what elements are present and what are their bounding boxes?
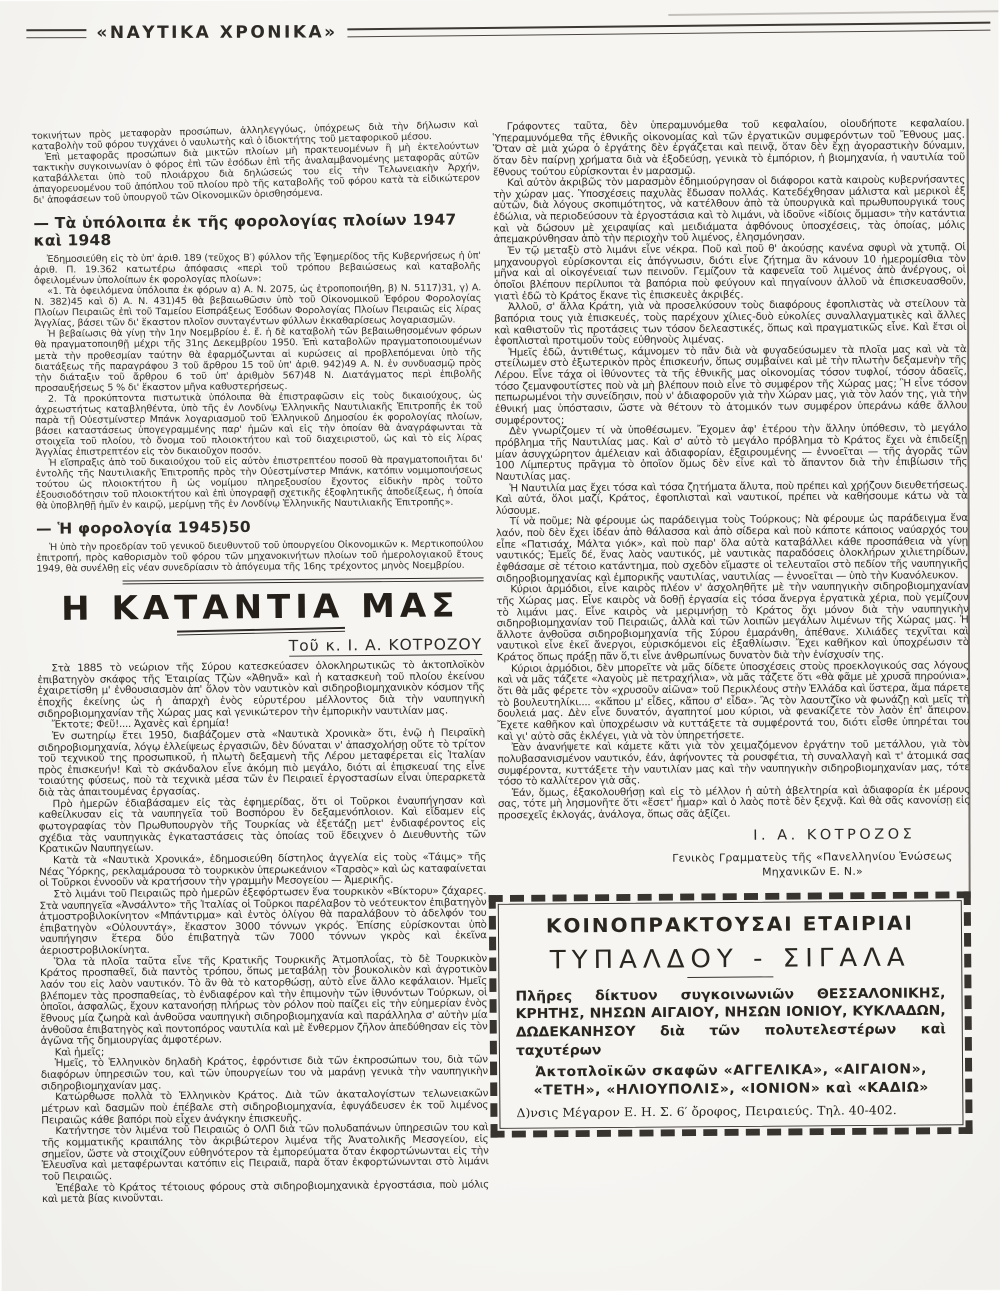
right-column: Γράφοντες ταῦτα, δὲν ὑπεραμυνόμεθα τοῦ κ… [493, 118, 973, 1137]
paragraph: Ἐν σωτηρίῳ ἔτει 1950, διαβάζομεν στὰ «Να… [38, 728, 486, 800]
advert-address: Δ)νσις Μέγαρον Ε. Η. Σ. 6′ ὄροφος, Πειρα… [516, 1102, 946, 1120]
paragraph: Ἐάν, ὅμως, ἐξακολουθήσῃ καὶ εἰς τὸ μέλλο… [498, 784, 970, 822]
advert-ships-line-1: Ἀκτοπλοϊκῶν σκαφῶν «ΑΓΓΕΛΙΚΑ», «ΑΙΓΑΙΟΝ»… [516, 1061, 946, 1080]
article-signature: Ι. Α. ΚΟΤΡΟΖΟΣ Γενικὸς Γραμματεὺς τῆς «Π… [498, 826, 970, 882]
section-heading-tax-1947-1948: — Τὰ ὑπόλοιπα ἐκ τῆς φορολογίας πλοίων 1… [33, 211, 480, 250]
paragraph: Ἐδημοσιεύθη εἰς τὸ ὑπ' ἀριθ. 189 (τεῦχος… [34, 251, 481, 287]
section-heading-tax-1945-50: — Ἡ φορολογία 1945)50 [36, 516, 483, 537]
paragraph: Καὶ αὐτὸν ἀκριβῶς τὸν μαρασμὸν ἐδημιούργ… [493, 175, 966, 246]
paragraph: Δὲν γνωρίζομεν τί νὰ ὑποθέσωμεν. Ἔχομεν … [495, 423, 967, 483]
intro-continuation-block: τοκινήτων πρὸς μεταφορὰν προσώπων, ἀλληλ… [31, 119, 480, 206]
paragraph: Ἐὰν ἀνανήψετε καὶ κάμετε κἄτι γιὰ τὸν χε… [498, 739, 970, 788]
left-column: τοκινήτων πρὸς μεταφορὰν προσώπων, ἀλληλ… [33, 127, 489, 1205]
paragraph: Στὰ 1885 τὸ νεώριον τῆς Σύρου κατεσκεύασ… [37, 660, 484, 720]
article-body-left: Στὰ 1885 τὸ νεώριον τῆς Σύρου κατεσκεύασ… [37, 660, 489, 1206]
signature-title: Γενικὸς Γραμματεὺς τῆς «Πανελληνίου Ἑνώσ… [662, 848, 962, 880]
divider-rule [123, 577, 484, 584]
paragraph: Ἡ εἴσπραξις ἀπὸ τοῦ δικαιούχου τοῦ εἰς α… [36, 454, 483, 511]
masthead-rule-right [348, 21, 991, 37]
paragraph: Τί νὰ ποῦμε; Νὰ φέρουμε ὡς παράδειγμα το… [496, 513, 969, 584]
paragraph: Ἡ ὑπὸ τὴν προεδρίαν τοῦ γενικοῦ διευθυντ… [36, 539, 483, 575]
paragraph: Κατήντησε τὸν λιμένα τοῦ Πειραιῶς ὁ ΟΛΠ … [41, 1123, 488, 1183]
paragraph: Ἀλλοῦ, σ' ἄλλα Κράτη, γιὰ νὰ προσελκύσου… [494, 299, 966, 348]
paragraph: Κατὰ τὰ «Ναυτικὰ Χρονικά», ἐδημοσιεύθη δ… [39, 852, 486, 890]
paragraph: Κατώρθωσε πολλὰ τὸ Ἑλληνικὸν Κράτος. Διὰ… [41, 1089, 488, 1127]
advert-network-text: Πλῆρες δίκτυον συγκοινωνιῶν ΘΕΣΣΑΛΟΝΙΚΗΣ… [515, 984, 946, 1061]
paragraph: Πρὸ ἡμερῶν ἐδιαβάσαμεν εἰς τὰς ἐφημερίδα… [38, 795, 485, 855]
advert-brand-underline [687, 976, 773, 978]
paragraph: Ὅλα τὰ πλοῖα ταῦτα εἶνε τῆς Κρατικῆς Του… [40, 953, 488, 1047]
signature-name: Ι. Α. ΚΟΤΡΟΖΟΣ [498, 827, 915, 846]
paragraph: Ἐν τῷ μεταξὺ στὸ λιμάνι εἶνε νέκρα. Ποῦ … [494, 243, 966, 303]
paragraph: Ἡ βεβαίωσις θὰ γίνῃ τὴν 1ην Νοεμβρίου ἐ.… [34, 326, 482, 394]
article-body-right: Γράφοντες ταῦτα, δὲν ὑπεραμυνόμεθα τοῦ κ… [493, 118, 970, 822]
paragraph: Ἐπέβαλε τὸ Κράτος τέτοιους φόρους στὰ σι… [42, 1179, 489, 1205]
paragraph: Γράφοντες ταῦτα, δὲν ὑπεραμυνόμεθα τοῦ κ… [493, 118, 965, 178]
paragraph: Ἡμεῖς ἐδῶ, ἀντιθέτως, κάμνομεν τὸ πᾶν δι… [494, 344, 967, 427]
masthead-rule-left [26, 29, 86, 38]
masthead: «ΝΑΥΤΙΚΑ ΧΡΟΝΙΚΑ» [26, 21, 990, 44]
paragraph: Ἡμεῖς, τὸ Ἑλληνικὸν δηλαδὴ Κράτος, ἐφρόν… [41, 1055, 488, 1093]
section-tax-1945-50-body: Ἡ ὑπὸ τὴν προεδρίαν τοῦ γενικοῦ διευθυντ… [36, 539, 483, 575]
paragraph: Στὸ λιμάνι τοῦ Πειραιῶς πρὸ ἡμερῶν ἐξεφό… [39, 886, 487, 958]
article-headline: Η ΚΑΤΑΝΤΙΑ ΜΑΣ [37, 586, 484, 629]
advert-brand-name: ΤΥΠΑΛΔΟΥ - ΣΙΓΑΛΑ [515, 943, 945, 975]
paragraph: Κύριοι ἁρμόδιοι, εἶνε καιρὸς πλέον ν' ἀσ… [496, 581, 969, 664]
advert-box: ΚΟΙΝΟΠΡΑΚΤΟΥΣΑΙ ΕΤΑΙΡΙΑΙ ΤΥΠΑΛΔΟΥ - ΣΙΓΑ… [489, 891, 973, 1138]
advert-inner-frame: ΚΟΙΝΟΠΡΑΚΤΟΥΣΑΙ ΕΤΑΙΡΙΑΙ ΤΥΠΑΛΔΟΥ - ΣΙΓΑ… [498, 900, 964, 1129]
scan-artifact-line [668, 10, 998, 16]
section-tax-1947-1948-body: Ἐδημοσιεύθη εἰς τὸ ὑπ' ἀριθ. 189 (τεῦχος… [34, 251, 483, 512]
newspaper-page: «ΝΑΥΤΙΚΑ ΧΡΟΝΙΚΑ» τοκινήτων πρὸς μεταφορ… [0, 0, 1000, 1291]
paragraph: Κύριοι ἁρμόδιοι, δὲν μπορεῖτε νὰ μᾶς δίδ… [497, 660, 970, 743]
masthead-title: «ΝΑΥΤΙΚΑ ΧΡΟΝΙΚΑ» [96, 22, 337, 43]
paragraph: Ἐπὶ μεταφορᾶς προσώπων διὰ μικτῶν πλοίων… [32, 141, 480, 206]
article-byline: Τοῦ κ. Ι. Α. ΚΟΤΡΟΖΟΥ [37, 636, 484, 657]
paragraph: «1. Τὰ ὀφειλόμενα ὑπόλοιπα ἐκ φόρων α) Α… [34, 283, 481, 330]
advert-ships-line-2: «ΤΕΤΗ», «ΗΛΙΟΥΠΟΛΙΣ», «ΙΟΝΙΟΝ» καὶ «ΚΑΔΙ… [516, 1080, 946, 1099]
advert-kicker: ΚΟΙΝΟΠΡΑΚΤΟΥΣΑΙ ΕΤΑΙΡΙΑΙ [515, 910, 945, 937]
paragraph: Ἡ Ναυτιλία μας ἔχει τόσα καὶ τόσα ζητήμα… [495, 480, 967, 518]
byline-text: Τοῦ κ. Ι. Α. ΚΟΤΡΟΖΟΥ [289, 636, 483, 657]
paragraph: 2. Τὰ προκύπτοντα πιστωτικὰ ὑπόλοιπα θὰ … [35, 390, 483, 458]
headline-underline-rule [176, 627, 344, 636]
